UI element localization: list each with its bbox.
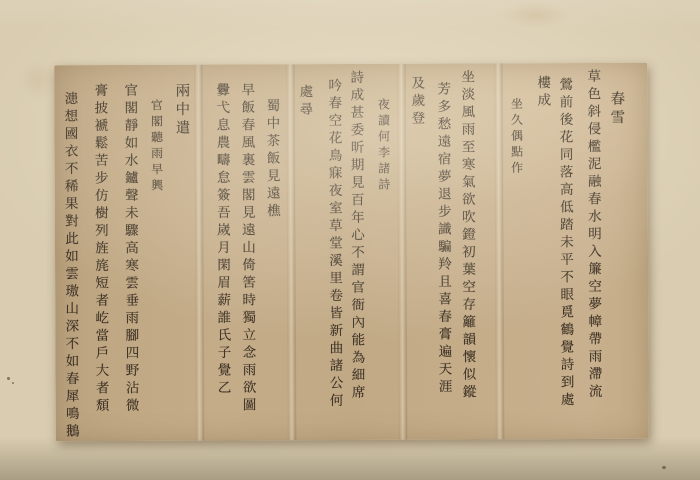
calligraphy-column-4: 樓成 [532,75,552,110]
manuscript-paper: 春雪草色斜侵檻泥融春水明入簾空夢幛帶雨滯流鶯前後花同落高低踏未平不眼覓鶴覺詩到處… [54,63,649,442]
calligraphy-column-11: 吟春空花鳥寐夜室草堂溪里卷皆新曲諸公何 [323,78,344,411]
calligraphy-column-6: 坐淡風雨至寒氣欲吹鐙初葉空存籬韻懷似鏦 [456,69,477,402]
fold-crease-1 [194,65,205,441]
calligraphy-column-20: 漶想國衣不稀果對此如雲璈山深不如春犀鳴鵝 [59,91,81,441]
calligraphy-column-16: 兩中遣 [171,83,191,139]
foxing-speck [7,377,10,380]
calligraphy-column-14: 早飯春風裏雲閣見遠山倚筈時獨立念雨欲圖 [236,82,257,415]
calligraphy-column-2: 草色斜侵檻泥融春水明入簾空夢幛帶雨滯流 [582,69,603,402]
mat-stain [18,60,58,100]
calligraphy-column-8: 及歲登 [406,76,426,129]
mat-stain [500,2,570,28]
calligraphy-column-17: 官閣聽雨早興 [146,99,166,195]
foxing-speck [12,382,14,384]
foxing-speck [662,466,666,469]
calligraphy-column-10: 詩成甚委昕期見百年心不謂官衙內能為細席 [345,70,366,403]
fold-crease-2 [286,64,297,440]
calligraphy-column-18: 官閣靜如水鑪聲未驟高寒雲垂雨腳四野沾微 [119,83,140,416]
calligraphy-column-9: 夜讀何李諸詩 [373,98,393,194]
calligraphy-column-5: 坐久偶點作 [506,97,526,177]
calligraphy-column-7: 芳多愁遠宿夢退步識騙羚且喜春膏遍天涯 [432,82,453,397]
calligraphy-column-12: 處尋 [294,84,314,119]
calligraphy-column-13: 蜀中茶飯見遠樵 [261,98,282,221]
photograph: 春雪草色斜侵檻泥融春水明入簾空夢幛帶雨滯流鶯前後花同落高低踏未平不眼覓鶴覺詩到處… [0,0,700,480]
calligraphy-column-15: 釁弋息農疇怠簽吾嵗月閑眉薪誰氏子覺乙 [211,83,232,398]
fold-crease-4 [494,63,505,439]
calligraphy-column-3: 鶯前後花同落高低踏未平不眼覓鶴覺詩到處 [554,77,575,410]
calligraphy-column-19: 膏披褫鬆苦步仿樹列旌旄短者屹當戶大者頹 [89,83,110,416]
calligraphy-column-1: 春雪 [606,91,626,128]
